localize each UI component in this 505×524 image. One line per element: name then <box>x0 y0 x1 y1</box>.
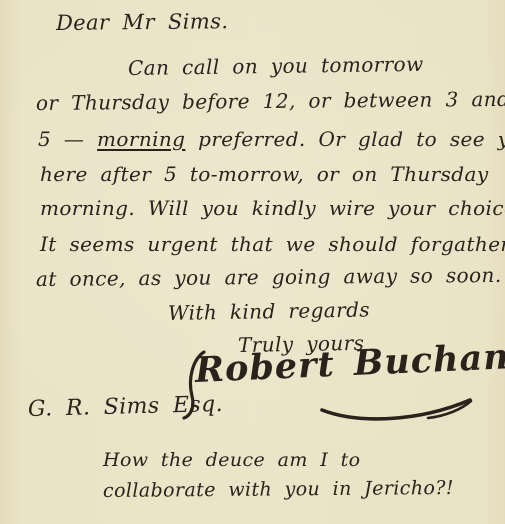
letter-body-line-3: 5 — morning preferred. Or glad to see yo… <box>38 128 505 150</box>
letter-body-line-4: here after 5 to-morrow, or on Thursday <box>40 163 489 185</box>
letter-body-line-2: or Thursday before 12, or between 3 and <box>36 88 505 114</box>
letter-body-line-3-post: preferred. Or glad to see you <box>185 127 505 151</box>
letter-body-line-7: at once, as you are going away so soon. <box>36 264 502 290</box>
postscript-line-1: How the deuce am I to <box>103 450 360 471</box>
letter-body-line-5: morning. Will you kindly wire your choic… <box>40 197 505 219</box>
postscript-line-2: collaborate with you in Jericho?! <box>103 478 454 502</box>
letter-page: Dear Mr Sims. Can call on you tomorrow o… <box>0 0 505 524</box>
letter-body-line-1: Can call on you tomorrow <box>128 53 424 79</box>
letter-body-line-3-pre: 5 — <box>38 127 97 151</box>
addressee-line: G. R. Sims Esq. <box>28 393 224 422</box>
letter-closing-regards: With kind regards <box>168 298 370 324</box>
letter-body-line-3-underlined-word: morning <box>97 127 185 151</box>
signature-flourish <box>318 392 478 428</box>
letter-salutation: Dear Mr Sims. <box>56 10 229 35</box>
letter-body-line-6: It seems urgent that we should forgather <box>40 233 505 255</box>
